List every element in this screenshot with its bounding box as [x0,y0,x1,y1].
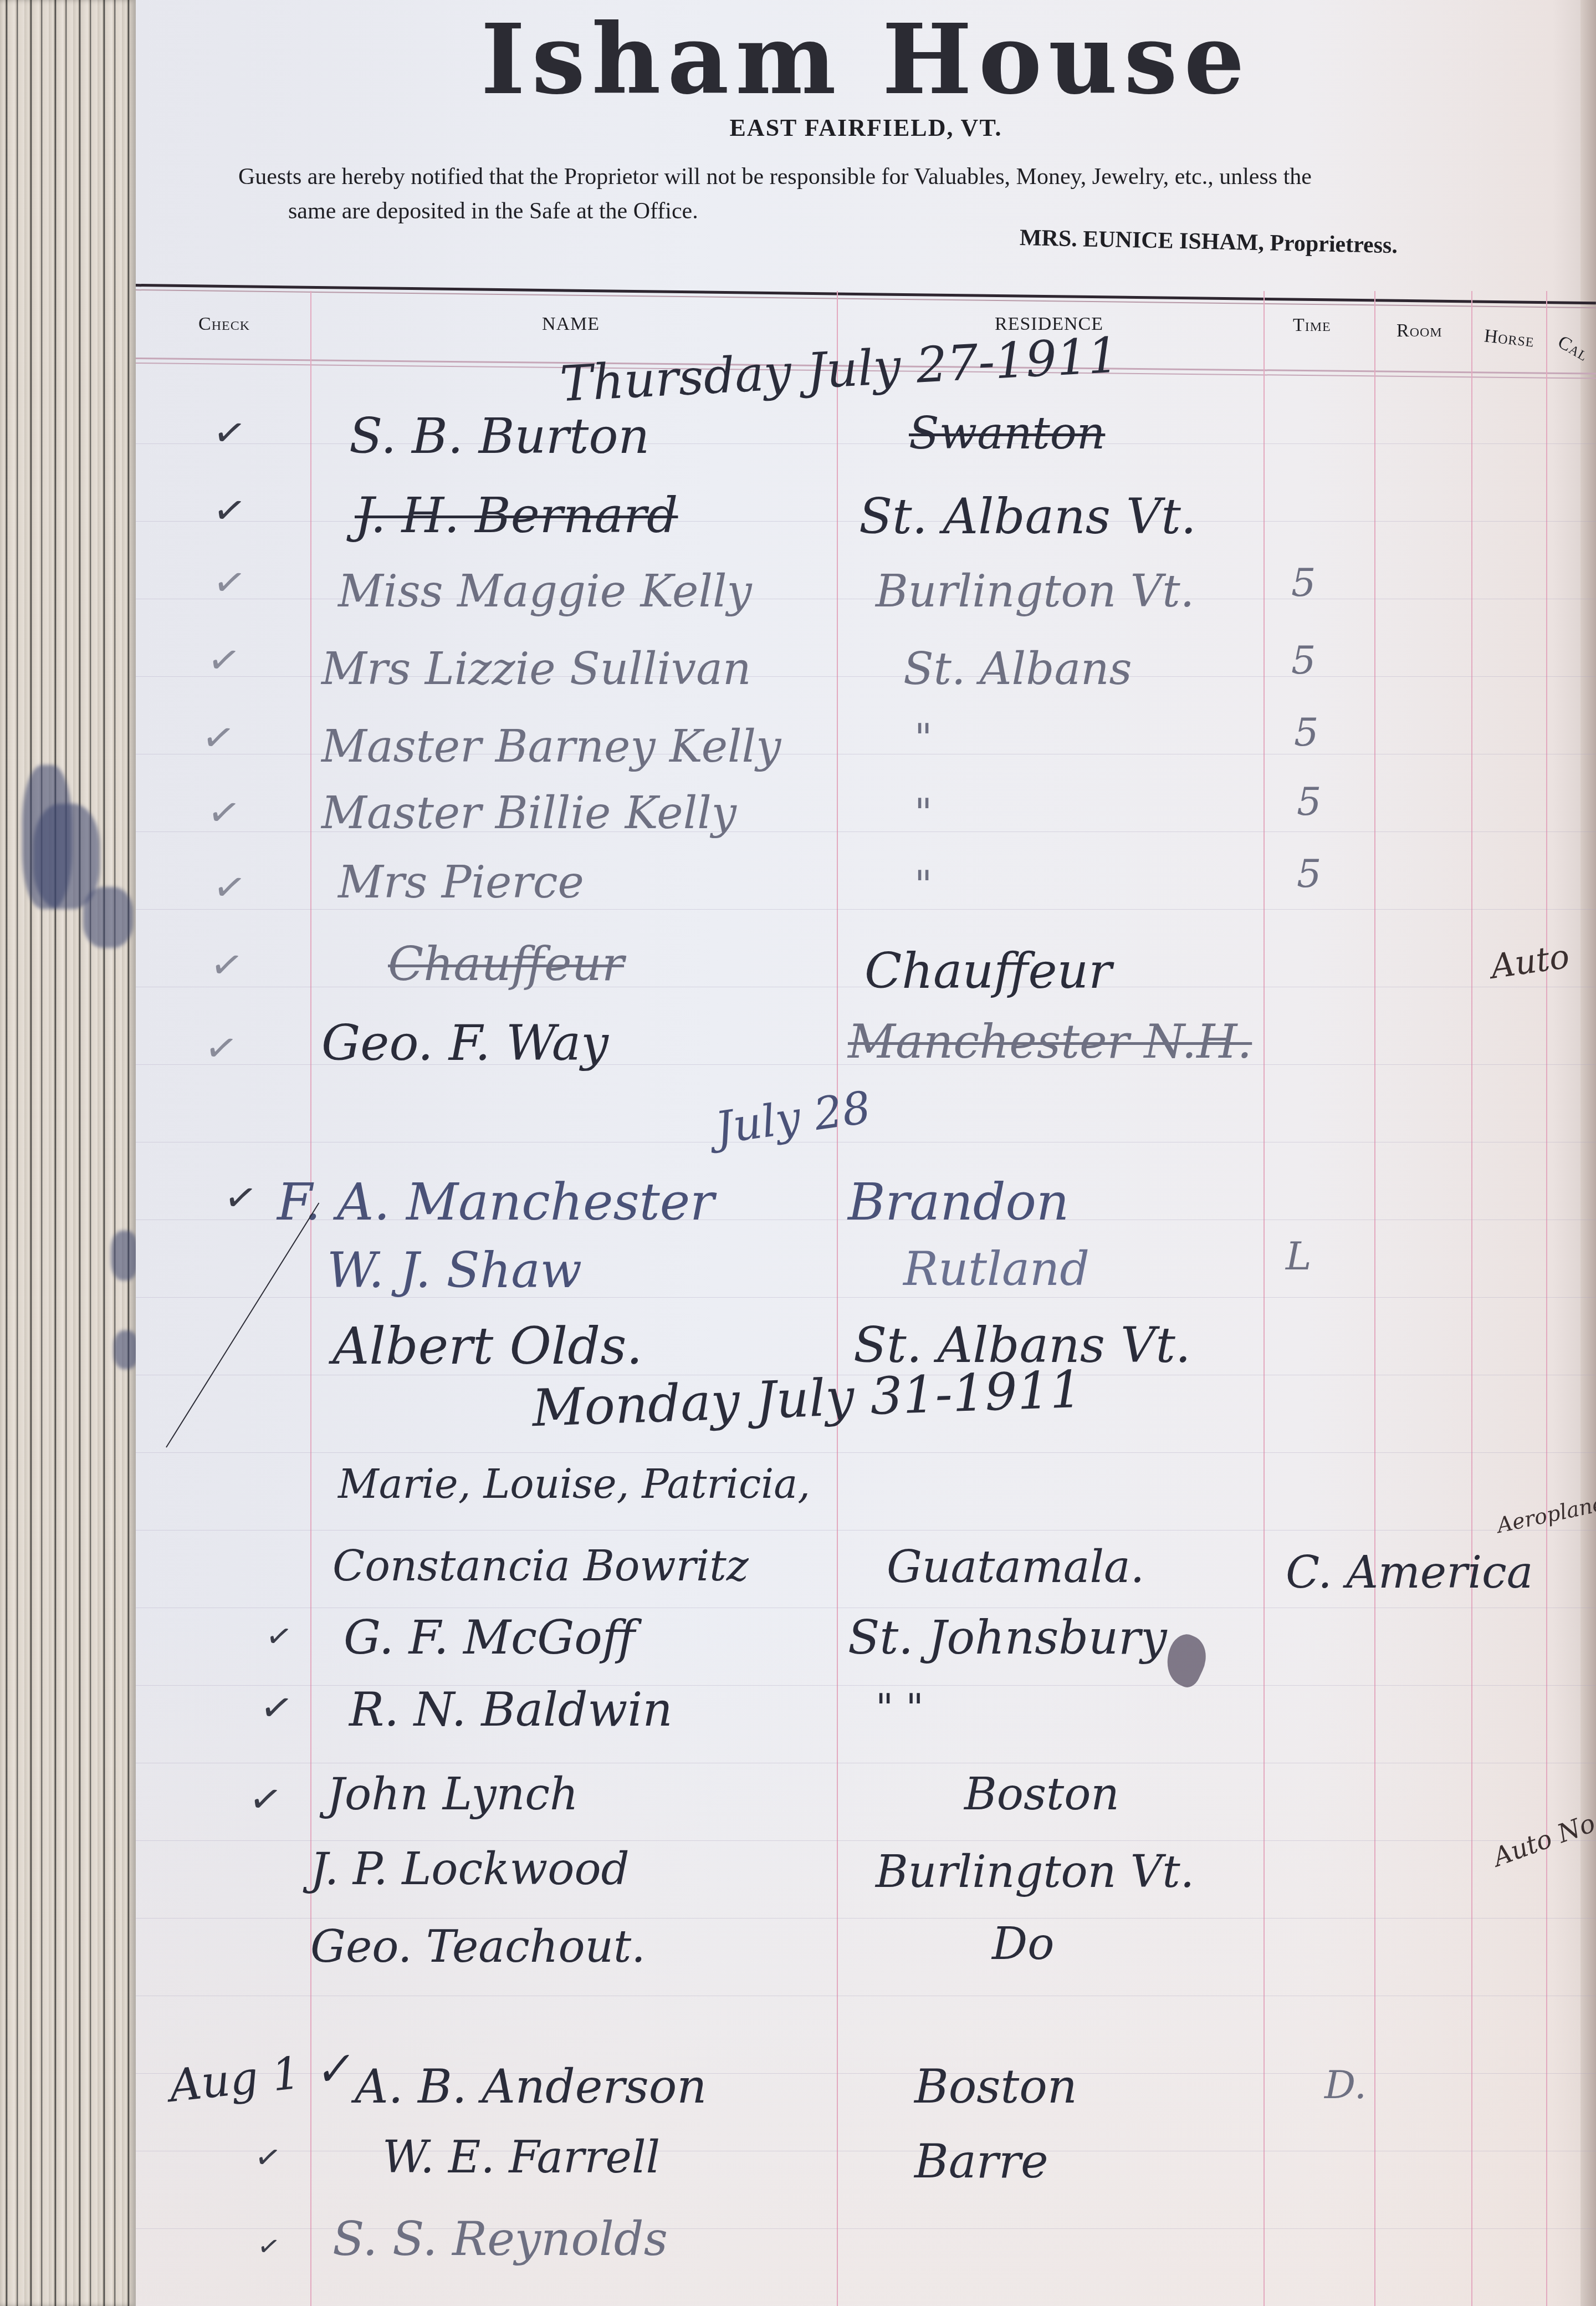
column-divider [1263,291,1265,2306]
guest-residence: Guatamala. [887,1541,1144,1593]
residence-continued: C. America [1286,1547,1533,1598]
guest-residence: Barre [914,2134,1048,2188]
guest-name: Geo. Teachout. [310,1921,646,1972]
notice-line-1: Guests are hereby notified that the Prop… [238,164,1312,190]
ink-stain [114,1330,139,1369]
column-header-name: NAME [542,314,600,335]
guest-residence: Rutland [903,1242,1089,1296]
guest-name: Constancia Bowritz [332,1541,749,1590]
guest-name: Master Barney Kelly [321,721,781,772]
guest-name: S. S. Reynolds [332,2212,668,2266]
guest-name: Miss Maggie Kelly [338,565,752,617]
guest-residence: St. Albans [903,643,1132,695]
guest-name: Master Billie Kelly [321,787,736,839]
guest-name: S. B. Burton [349,407,649,465]
guest-residence: Manchester N.H. [848,1014,1252,1069]
guest-residence: St. Johnsbury [848,1610,1167,1665]
arrival-time: 5 [1297,851,1322,896]
guest-name: G. F. McGoff [344,1610,635,1665]
guest-name: A. B. Anderson [355,2059,707,2114]
guest-name: F. A. Manchester [277,1172,714,1232]
column-header-time: Time [1293,315,1331,336]
guest-name: Mrs Lizzie Sullivan [321,643,751,695]
ink-stain [83,887,133,948]
column-divider [1471,291,1472,2306]
guest-residence: Chauffeur [864,942,1112,999]
guest-name: W. E. Farrell [382,2131,660,2183]
guest-name: Chauffeur [388,937,624,991]
column-divider [310,291,311,2306]
guest-residence: " " [876,1685,924,1731]
page-title: Isham House [150,3,1581,116]
guest-name: Marie, Louise, Patricia, [338,1461,810,1507]
guest-name: J. P. Lockwood [310,1843,630,1895]
ink-stain [111,1231,139,1280]
guest-residence: St. Albans Vt. [853,1317,1191,1374]
guest-residence: Swanton [909,407,1105,459]
arrival-time: 5 [1294,710,1319,755]
arrival-time: 5 [1291,560,1316,605]
guest-name: R. N. Baldwin [349,1682,673,1737]
column-divider [837,291,838,2306]
guest-residence: " [914,715,932,761]
guest-name: John Lynch [327,1768,578,1820]
guest-name: Mrs Pierce [338,856,584,908]
guest-residence: " [914,862,932,907]
guest-residence: Burlington Vt. [876,565,1194,617]
arrival-time: L [1286,1233,1311,1279]
guest-name: Albert Olds. [332,1317,643,1376]
arrival-time: 5 [1291,637,1316,683]
guest-residence: Boston [914,2059,1077,2114]
column-header-check: Check [198,314,250,335]
arrival-time: D. [1324,2062,1367,2108]
guest-name: J. H. Bernard [355,487,678,544]
location-subtitle: EAST FAIRFIELD, VT. [136,114,1596,142]
guest-notice: Guests are hereby notified that the Prop… [238,160,1529,228]
guest-residence: " [914,790,932,835]
guest-residence: Burlington Vt. [876,1846,1194,1897]
guest-residence: Do [992,1918,1054,1970]
arrival-time: 5 [1297,779,1322,824]
notice-line-2: same are deposited in the Safe at the Of… [238,194,1529,228]
guest-name: W. J. Shaw [327,1242,582,1299]
column-header-room: Room [1396,320,1442,341]
guest-residence: Boston [964,1768,1119,1820]
column-divider [1374,291,1375,2306]
guest-name: Geo. F. Way [321,1014,608,1072]
guest-residence: St. Albans Vt. [859,488,1196,545]
guest-residence: Brandon [848,1172,1069,1232]
column-divider [1546,291,1547,2306]
book-page-edges [0,0,136,2306]
